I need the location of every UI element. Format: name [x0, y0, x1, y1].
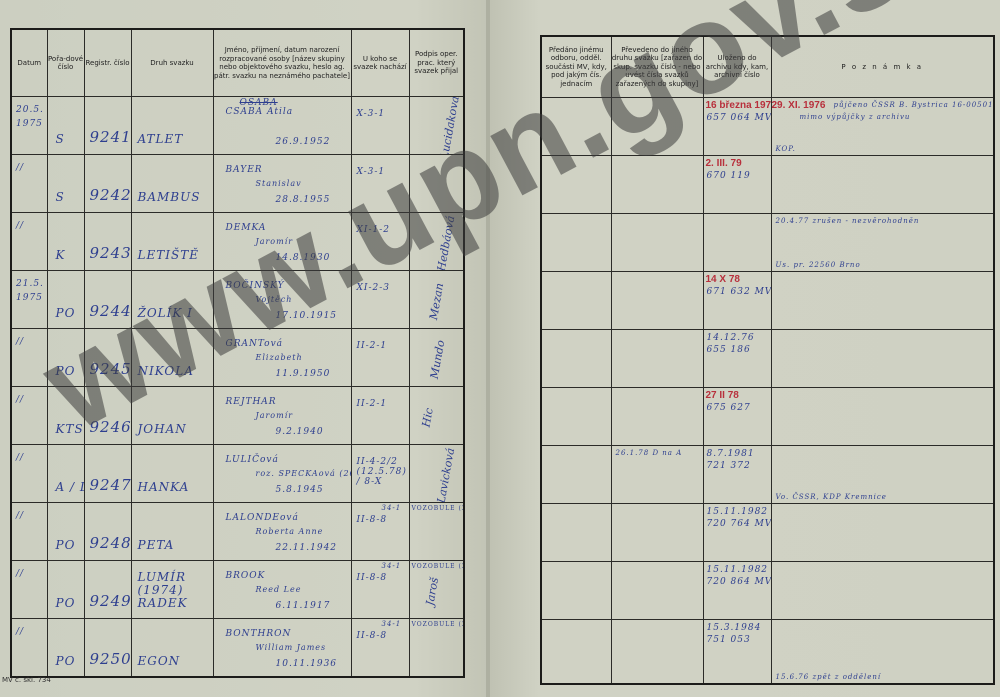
predano-cell [541, 214, 611, 272]
poznamka-text: půjčeno ČSSR B. Bystrica 16-00501/12.76 [834, 101, 995, 109]
ledger-row: 14 X 78671 632 MV [541, 272, 994, 330]
u-koho-cell: 34-1II-8-8 [351, 561, 409, 619]
u-koho-value: II-8-8 [357, 631, 409, 641]
u-koho-cell: II-2-1 [351, 329, 409, 387]
datum-cell: // [11, 329, 47, 387]
archiv-cell: 15.3.1984751 053 [703, 620, 771, 684]
druh-cell: LETIŠTĚ [131, 213, 213, 271]
jmeno-surname: BAYER [226, 165, 263, 175]
poznamka-cell: 20.4.77 zrušen - nezvěrohodněnUs. pr. 22… [771, 214, 994, 272]
poradove-value: S [56, 132, 65, 146]
datum-value: 20.5. 1975 [16, 103, 46, 131]
jmeno-birthdate: 10.11.1936 [276, 659, 338, 669]
predano-cell [541, 504, 611, 562]
u-koho-value: II-8-8 [357, 515, 409, 525]
datum-cell: // [11, 213, 47, 271]
predano-cell [541, 562, 611, 620]
prevedeno-cell [611, 562, 703, 620]
u-koho-cell: 34-1II-8-8 [351, 503, 409, 561]
archive-date: 15.3.1984 [707, 623, 762, 633]
druh-cell: ŽOLÍK I [131, 271, 213, 329]
archive-stamp: 2. III. 79 [706, 158, 742, 169]
ledger-row: 15.11.1982720 764 MV [541, 504, 994, 562]
prevedeno-cell [611, 330, 703, 388]
registr-cell: 9242 [84, 155, 131, 213]
archiv-cell: 2. III. 79670 119 [703, 156, 771, 214]
book-spine [486, 0, 490, 697]
u-koho-note-top: 34-1 [382, 562, 402, 570]
u-koho-cell: X-3-1 [351, 97, 409, 155]
archive-number: 721 372 [707, 461, 751, 471]
poznamka-text-2: mimo výpůjčky z archivu [800, 113, 911, 121]
poradove-value: PO [56, 538, 76, 552]
druh-cell: ATLET [131, 97, 213, 155]
form-footer-note: MV č. skl. 734 [2, 676, 51, 684]
poradove-cell: PO [47, 561, 84, 619]
datum-cell: 20.5. 1975 [11, 97, 47, 155]
header-u-koho: U koho se svazek nachází [351, 29, 409, 97]
datum-cell: // [11, 561, 47, 619]
poradove-cell: K [47, 213, 84, 271]
ledger-row: 14.12.76655 186 [541, 330, 994, 388]
prevedeno-cell: 26.1.78 D na A [611, 446, 703, 504]
prevedeno-cell [611, 388, 703, 446]
poradove-value: PO [56, 596, 76, 610]
ledger-row: 16 března 1977657 064 MV29. XI. 1976půjč… [541, 98, 994, 156]
prevedeno-cell [611, 214, 703, 272]
druh-value: EGON [138, 655, 214, 668]
druh-value: PETA [138, 539, 214, 552]
header-druh-svazku: Druh svazku [131, 29, 213, 97]
jmeno-given: Roberta Anne [256, 527, 324, 536]
podpis-cell: VOZOBULE (24.9.78) [409, 619, 464, 677]
poradove-cell: A / D [47, 445, 84, 503]
jmeno-surname: GRANTová [226, 339, 284, 349]
registr-cell: 9250 [84, 619, 131, 677]
ledger-row: //PO9249LUMÍR (1974) RADEKBROOKReed Lee6… [11, 561, 464, 619]
u-koho-value: II-8-8 [357, 573, 409, 583]
poznamka-cell [771, 156, 994, 214]
poznamka-bottom: 15.6.76 zpět z oddělení [776, 673, 882, 681]
operator-signature: Lavicková [434, 447, 456, 503]
jmeno-cell: BOČINSKÝVojtěch17.10.1915 [213, 271, 351, 329]
podpis-cell: VOZOBULE (24.9.76)Jaroš [409, 561, 464, 619]
left-header-row: Datum Pořa-dové číslo Registr. číslo Dru… [11, 29, 464, 97]
poznamka-text: 20.4.77 zrušen - nezvěrohodněn [776, 217, 920, 225]
archiv-cell: 14 X 78671 632 MV [703, 272, 771, 330]
operator-signature: Hic [419, 407, 435, 428]
archiv-cell: 14.12.76655 186 [703, 330, 771, 388]
u-koho-value: XI-2-3 [357, 283, 409, 293]
u-koho-value: II-2-1 [357, 399, 409, 409]
poradove-value: PO [56, 364, 76, 378]
prevedeno-cell [611, 620, 703, 684]
ledger-row: 27 II 78675 627 [541, 388, 994, 446]
archiv-cell: 8.7.1981721 372 [703, 446, 771, 504]
archiv-cell: 15.11.1982720 764 MV [703, 504, 771, 562]
ledger-row: //K9243LETIŠTĚDEMKAJaromír14.8.1930XI-1-… [11, 213, 464, 271]
u-koho-cell: X-3-1 [351, 155, 409, 213]
registr-value: 9247 [90, 476, 132, 494]
poznamka-bottom: Vo. ČSSR, KDP Kremnice [776, 493, 887, 501]
poradove-cell: PO [47, 271, 84, 329]
header-datum: Datum [11, 29, 47, 97]
datum-value: 21.5. 1975 [16, 277, 46, 305]
archive-number: 657 064 MV [707, 113, 772, 123]
archiv-cell [703, 214, 771, 272]
poradove-value: PO [56, 654, 76, 668]
jmeno-birthdate: 17.10.1915 [276, 311, 338, 321]
archiv-cell: 16 března 1977657 064 MV [703, 98, 771, 156]
jmeno-surname: REJTHAR [226, 397, 277, 407]
poznamka-cell: 15.6.76 zpět z oddělení [771, 620, 994, 684]
header-ulozeno: Uloženo do archivu kdy, kam, archivní čí… [703, 36, 771, 98]
operator-signature: Hedbáová [434, 215, 457, 271]
poradove-value: PO [56, 306, 76, 320]
predano-cell [541, 446, 611, 504]
datum-cell: // [11, 155, 47, 213]
poradove-cell: KTS [47, 387, 84, 445]
druh-value: LUMÍR (1974) RADEK [138, 571, 214, 610]
ledger-row: //PO9248PETALALONDEováRoberta Anne22.11.… [11, 503, 464, 561]
jmeno-surname: BROOK [226, 571, 266, 581]
podpis-cell: Lucidakova [409, 97, 464, 155]
header-jmeno: Jméno, příjmení, datum narození rozpraco… [213, 29, 351, 97]
predano-cell [541, 620, 611, 684]
registr-cell: 9249 [84, 561, 131, 619]
registr-cell: 9243 [84, 213, 131, 271]
druh-cell: EGON [131, 619, 213, 677]
ledger-row: 20.4.77 zrušen - nezvěrohodněnUs. pr. 22… [541, 214, 994, 272]
left-ledger-table: Datum Pořa-dové číslo Registr. číslo Dru… [10, 28, 465, 678]
registr-cell: 9245 [84, 329, 131, 387]
archiv-cell: 15.11.1982720 864 MV [703, 562, 771, 620]
archive-date: 14.12.76 [707, 333, 755, 343]
jmeno-surname: LALONDEová [226, 513, 299, 523]
prevedeno-value: 26.1.78 D na A [616, 449, 683, 457]
registr-value: 9245 [90, 360, 132, 378]
poradove-cell: PO [47, 503, 84, 561]
u-koho-value: II-2-1 [357, 341, 409, 351]
podpis-cell: Mezan [409, 271, 464, 329]
podpis-cell: Mundo [409, 329, 464, 387]
druh-value: NIKOLA [138, 365, 214, 378]
u-koho-value: X-3-1 [357, 109, 409, 119]
registr-cell: 9248 [84, 503, 131, 561]
ledger-row: //A / D9247HANKALULIČovároz. SPECKAová (… [11, 445, 464, 503]
poradove-value: KTS [56, 422, 84, 436]
datum-cell: // [11, 387, 47, 445]
jmeno-given: Reed Lee [256, 585, 302, 594]
registr-value: 9241 [90, 128, 132, 146]
operator-signature: Mezan [426, 282, 445, 321]
poznamka-cell [771, 388, 994, 446]
jmeno-given: William James [256, 643, 327, 652]
prevedeno-cell [611, 156, 703, 214]
header-poradove-cislo: Pořa-dové číslo [47, 29, 84, 97]
u-koho-value: X-3-1 [357, 167, 409, 177]
datum-value: // [16, 567, 46, 581]
registr-cell: 9241 [84, 97, 131, 155]
prevedeno-cell [611, 272, 703, 330]
poznamka-cell [771, 272, 994, 330]
datum-cell: // [11, 445, 47, 503]
archive-number: 751 053 [707, 635, 751, 645]
poradove-value: A / D [56, 480, 85, 494]
ledger-row: 15.11.1982720 864 MV [541, 562, 994, 620]
ledger-row: //S9242BAMBUSBAYERStanislav28.8.1955X-3-… [11, 155, 464, 213]
datum-value: // [16, 219, 46, 233]
registr-value: 9248 [90, 534, 132, 552]
druh-cell: JOHAN [131, 387, 213, 445]
datum-cell: 21.5. 1975 [11, 271, 47, 329]
datum-value: // [16, 335, 46, 349]
druh-value: JOHAN [138, 423, 214, 436]
druh-cell: NIKOLA [131, 329, 213, 387]
predano-cell [541, 272, 611, 330]
druh-cell: BAMBUS [131, 155, 213, 213]
ledger-row: 15.3.1984751 05315.6.76 zpět z oddělení [541, 620, 994, 684]
archiv-cell: 27 II 78675 627 [703, 388, 771, 446]
podpis-cell [409, 155, 464, 213]
archive-stamp: 27 II 78 [706, 390, 739, 401]
ledger-row: 26.1.78 D na A8.7.1981721 372Vo. ČSSR, K… [541, 446, 994, 504]
u-koho-value: XI-1-2 [357, 225, 409, 235]
jmeno-birthdate: 6.11.1917 [276, 601, 331, 611]
jmeno-cell: LALONDEováRoberta Anne22.11.1942 [213, 503, 351, 561]
druh-value: BAMBUS [138, 191, 214, 204]
u-koho-note-top: 34-1 [382, 620, 402, 628]
datum-cell: // [11, 503, 47, 561]
predano-cell [541, 330, 611, 388]
druh-cell: HANKA [131, 445, 213, 503]
poznamka-stamp: 29. XI. 1976 [772, 100, 826, 111]
registr-value: 9242 [90, 186, 132, 204]
jmeno-birthdate: 5.8.1945 [276, 485, 324, 495]
prevedeno-cell [611, 504, 703, 562]
archive-number: 671 632 MV [707, 287, 772, 297]
poznamka-cell [771, 330, 994, 388]
u-koho-cell: II-2-1 [351, 387, 409, 445]
druh-value: ATLET [138, 133, 214, 146]
datum-value: // [16, 451, 46, 465]
ledger-row: 2. III. 79670 119 [541, 156, 994, 214]
poznamka-bottom: Us. pr. 22560 Brno [776, 261, 861, 269]
registr-cell: 9246 [84, 387, 131, 445]
prevedeno-cell [611, 98, 703, 156]
poradove-cell: PO [47, 329, 84, 387]
right-header-row: Předáno jinému odboru, odděl. součásti M… [541, 36, 994, 98]
jmeno-given: Jaromír [256, 237, 294, 246]
jmeno-given: Stanislav [256, 179, 302, 188]
archive-number: 720 764 MV [707, 519, 772, 529]
poradove-cell: S [47, 155, 84, 213]
jmeno-given: Jaromír [256, 411, 294, 420]
registr-value: 9244 [90, 302, 132, 320]
poznamka-cell: 29. XI. 1976půjčeno ČSSR B. Bystrica 16-… [771, 98, 994, 156]
jmeno-cell: OSABACSABA Atila26.9.1952 [213, 97, 351, 155]
poradove-value: K [56, 248, 66, 262]
jmeno-cell: REJTHARJaromír9.2.1940 [213, 387, 351, 445]
druh-value: ŽOLÍK I [138, 307, 214, 320]
jmeno-cell: BONTHRONWilliam James10.11.1936 [213, 619, 351, 677]
poradove-value: S [56, 190, 65, 204]
podpis-cell: Hedbáová [409, 213, 464, 271]
ledger-row: //KTS9246JOHANREJTHARJaromír9.2.1940II-2… [11, 387, 464, 445]
datum-value: // [16, 625, 46, 639]
archive-stamp: 16 března 1977 [706, 100, 772, 111]
jmeno-given: Vojtěch [256, 295, 293, 304]
archive-note: VOZOBULE (24.9.78) [412, 621, 465, 628]
right-ledger-table: Předáno jinému odboru, odděl. součásti M… [540, 35, 995, 685]
ledger-row: //PO9245NIKOLAGRANTováElizabeth11.9.1950… [11, 329, 464, 387]
jmeno-birthdate: 28.8.1955 [276, 195, 331, 205]
archive-note: VOZOBULE (24.7.76) [412, 505, 465, 512]
operator-signature: Lucidakova [437, 97, 461, 155]
jmeno-birthdate: 26.9.1952 [276, 137, 331, 147]
poradove-cell: PO [47, 619, 84, 677]
archive-date: 15.11.1982 [707, 507, 769, 517]
header-predano: Předáno jinému odboru, odděl. součásti M… [541, 36, 611, 98]
druh-cell: LUMÍR (1974) RADEK [131, 561, 213, 619]
jmeno-birthdate: 22.11.1942 [276, 543, 338, 553]
archive-number: 670 119 [707, 171, 751, 181]
header-registr-cislo: Registr. číslo [84, 29, 131, 97]
datum-value: // [16, 509, 46, 523]
registr-cell: 9247 [84, 445, 131, 503]
podpis-cell: VOZOBULE (24.7.76) [409, 503, 464, 561]
jmeno-surname: DEMKA [226, 223, 267, 233]
jmeno-given: roz. SPECKAová (26.1.78) Anna [256, 469, 352, 478]
ledger-row: //PO9250EGONBONTHRONWilliam James10.11.1… [11, 619, 464, 677]
jmeno-surname: CSABA Atila [226, 107, 294, 117]
u-koho-note-top: 34-1 [382, 504, 402, 512]
podpis-cell: Lavicková [409, 445, 464, 503]
u-koho-cell: XI-1-2 [351, 213, 409, 271]
registr-value: 9249 [90, 592, 132, 610]
archive-stamp: 14 X 78 [706, 274, 740, 285]
jmeno-given: Elizabeth [256, 353, 303, 362]
jmeno-surname: BONTHRON [226, 629, 292, 639]
datum-value: // [16, 393, 46, 407]
jmeno-cell: GRANTováElizabeth11.9.1950 [213, 329, 351, 387]
ledger-row: 20.5. 1975S9241ATLETOSABACSABA Atila26.9… [11, 97, 464, 155]
operator-signature: Jaroš [423, 576, 441, 606]
poznamka-cell [771, 562, 994, 620]
predano-cell [541, 388, 611, 446]
jmeno-surname: LULIČová [226, 455, 279, 465]
predano-cell [541, 156, 611, 214]
jmeno-birthdate: 9.2.1940 [276, 427, 324, 437]
archive-note: VOZOBULE (24.9.76) [412, 563, 465, 570]
archive-date: 15.11.1982 [707, 565, 769, 575]
datum-value: // [16, 161, 46, 175]
archive-number: 655 186 [707, 345, 751, 355]
registr-cell: 9244 [84, 271, 131, 329]
druh-cell: PETA [131, 503, 213, 561]
podpis-cell: Hic [409, 387, 464, 445]
archive-number: 720 864 MV [707, 577, 772, 587]
poznamka-bottom: KOP. [776, 145, 796, 153]
registr-value: 9243 [90, 244, 132, 262]
jmeno-cell: DEMKAJaromír14.8.1930 [213, 213, 351, 271]
predano-cell [541, 98, 611, 156]
header-poznamka: P o z n á m k a [771, 36, 994, 98]
poznamka-cell [771, 504, 994, 562]
operator-signature: Mundo [427, 339, 447, 380]
datum-cell: // [11, 619, 47, 677]
u-koho-cell: 34-1II-8-8 [351, 619, 409, 677]
druh-value: HANKA [138, 481, 214, 494]
poznamka-cell: Vo. ČSSR, KDP Kremnice [771, 446, 994, 504]
archive-number: 675 627 [707, 403, 751, 413]
u-koho-value: II-4-2/2 (12.5.78) / 8-X [357, 457, 409, 487]
jmeno-cell: LULIČovároz. SPECKAová (26.1.78) Anna5.8… [213, 445, 351, 503]
registr-value: 9246 [90, 418, 132, 436]
druh-value: LETIŠTĚ [138, 249, 214, 262]
jmeno-surname: BOČINSKÝ [226, 281, 285, 291]
jmeno-birthdate: 14.8.1930 [276, 253, 331, 263]
jmeno-birthdate: 11.9.1950 [276, 369, 331, 379]
u-koho-cell: II-4-2/2 (12.5.78) / 8-X [351, 445, 409, 503]
header-podpis: Podpis oper. prac. který svazek přijal [409, 29, 464, 97]
jmeno-cell: BROOKReed Lee6.11.1917 [213, 561, 351, 619]
u-koho-cell: XI-2-3 [351, 271, 409, 329]
jmeno-cell: BAYERStanislav28.8.1955 [213, 155, 351, 213]
poradove-cell: S [47, 97, 84, 155]
header-prevedeno: Převedeno do jiného druhu svazku [zařaze… [611, 36, 703, 98]
ledger-row: 21.5. 1975PO9244ŽOLÍK IBOČINSKÝVojtěch17… [11, 271, 464, 329]
archive-date: 8.7.1981 [707, 449, 755, 459]
registr-value: 9250 [90, 650, 132, 668]
